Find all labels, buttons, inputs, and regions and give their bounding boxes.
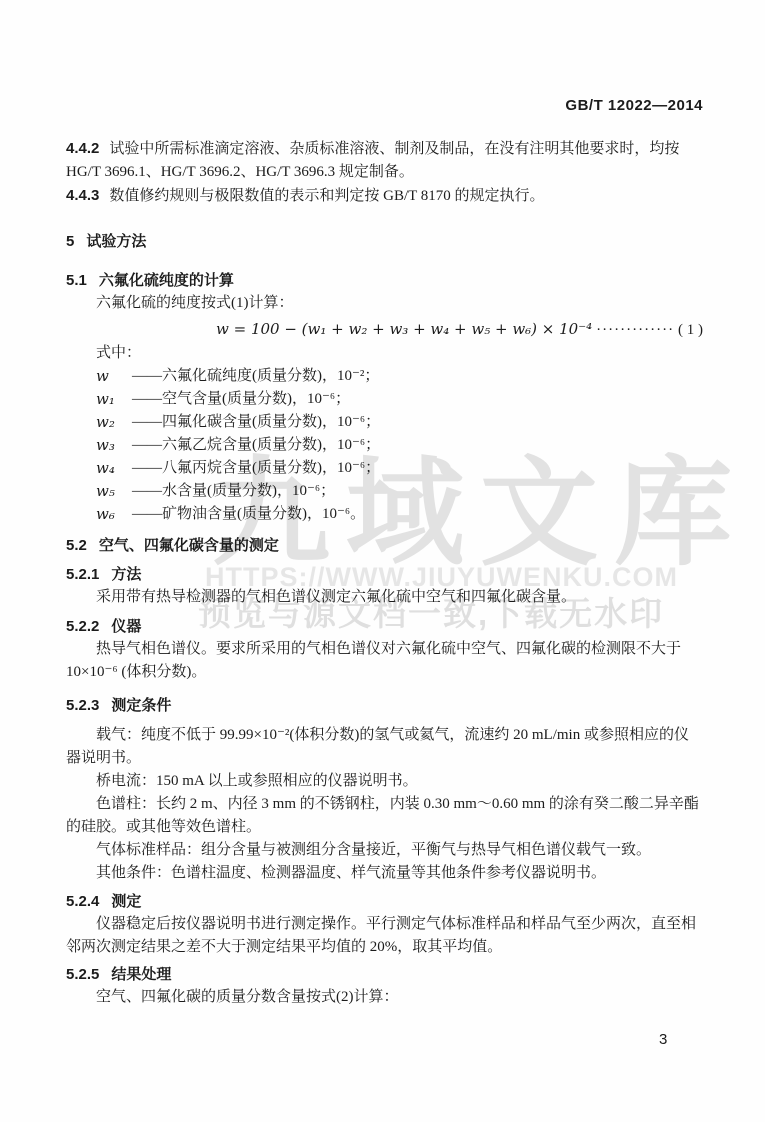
definition-item-w1: w₁——空气含量(质量分数)，10⁻⁶；	[96, 388, 703, 411]
clause-title: 测定	[111, 893, 141, 910]
symbol: w₃	[96, 434, 132, 457]
formula-dot-leader: ································	[596, 319, 674, 342]
condition-other: 其他条件：色谱柱温度、检测器温度、样气流量等其他条件参考仪器说明书。	[66, 862, 703, 885]
symbol-definition: ——水含量(质量分数)，10⁻⁶；	[132, 480, 703, 503]
symbol: w₆	[96, 503, 132, 526]
clause-text: 数值修约规则与极限数值的表示和判定按 GB/T 8170 的规定执行。	[109, 188, 544, 204]
symbol-definition: ——空气含量(质量分数)，10⁻⁶；	[132, 388, 703, 411]
clause-number: 5.2.3	[66, 697, 99, 714]
symbol-definition: ——六氟化硫纯度(质量分数)，10⁻²；	[132, 365, 703, 388]
formula-1: w = 100 − (w₁ + w₂ + w₃ + w₄ + w₅ + w₆) …	[216, 318, 703, 342]
condition-standard-gas: 气体标准样品：组分含量与被测组分含量接近，平衡气与热导气相色谱仪载气一致。	[66, 839, 703, 862]
clause-text: 试验中所需标准滴定溶液、杂质标准溶液、制剂及制品，在没有注明其他要求时，均按 H…	[66, 141, 679, 180]
clause-number: 5.2.2	[66, 618, 99, 635]
clause-number: 5.2.1	[66, 566, 99, 583]
symbol-definition: ——六氟乙烷含量(质量分数)，10⁻⁶；	[132, 434, 703, 457]
definition-item-w3: w₃——六氟乙烷含量(质量分数)，10⁻⁶；	[96, 434, 703, 457]
definition-item-w: w——六氟化硫纯度(质量分数)，10⁻²；	[96, 365, 703, 388]
heading-5-2-5: 5.2.5结果处理	[66, 963, 703, 986]
clause-number: 5.1	[66, 272, 87, 289]
clause-title: 仪器	[111, 618, 141, 635]
clause-4-4-3: 4.4.3数值修约规则与极限数值的表示和判定按 GB/T 8170 的规定执行。	[66, 184, 703, 208]
symbol-definition: ——四氟化碳含量(质量分数)，10⁻⁶；	[132, 411, 703, 434]
clause-title: 试验方法	[86, 233, 146, 250]
definition-item-w4: w₄——八氟丙烷含量(质量分数)，10⁻⁶；	[96, 457, 703, 480]
heading-5: 5试验方法	[66, 230, 703, 253]
heading-5-2-4: 5.2.4测定	[66, 890, 703, 913]
clause-number: 5.2	[66, 537, 87, 554]
condition-bridge-current: 桥电流：150 mA 以上或参照相应的仪器说明书。	[66, 770, 703, 793]
page-content: GB/T 12022—2014 4.4.2试验中所需标准滴定溶液、杂质标准溶液、…	[0, 0, 765, 1009]
heading-5-2-3: 5.2.3测定条件	[66, 694, 703, 717]
symbol: w₂	[96, 411, 132, 434]
definition-item-w6: w₆——矿物油含量(质量分数)，10⁻⁶。	[96, 503, 703, 526]
heading-5-2: 5.2空气、四氟化碳含量的测定	[66, 534, 703, 557]
symbol-definition: ——八氟丙烷含量(质量分数)，10⁻⁶；	[132, 457, 703, 480]
page-number: 3	[659, 1028, 667, 1051]
paragraph-5-1-intro: 六氟化硫的纯度按式(1)计算：	[66, 292, 703, 315]
paragraph-5-2-5: 空气、四氟化碳的质量分数含量按式(2)计算：	[66, 986, 703, 1009]
symbol: w	[96, 365, 132, 388]
symbol: w₅	[96, 480, 132, 503]
formula-number: ( 1 )	[678, 319, 703, 342]
clause-title: 空气、四氟化碳含量的测定	[99, 537, 279, 554]
symbol: w₁	[96, 388, 132, 411]
symbol-definition: ——矿物油含量(质量分数)，10⁻⁶。	[132, 503, 703, 526]
clause-number: 4.4.3	[66, 187, 99, 204]
document-number-header: GB/T 12022—2014	[66, 0, 703, 117]
clause-number: 5.2.5	[66, 966, 99, 983]
definition-item-w2: w₂——四氟化碳含量(质量分数)，10⁻⁶；	[96, 411, 703, 434]
heading-5-2-2: 5.2.2仪器	[66, 615, 703, 638]
paragraph-5-2-4: 仪器稳定后按仪器说明书进行测定操作。平行测定气体标准样品和样品气至少两次，直至相…	[66, 913, 703, 959]
where-label: 式中：	[66, 342, 703, 365]
document-page: 九域文库 HTTPS://WWW.JIUYUWENKU.COM 预览与源文档一致…	[0, 0, 765, 1122]
paragraph-5-2-1: 采用带有热导检测器的气相色谱仪测定六氟化硫中空气和四氟化碳含量。	[66, 586, 703, 609]
heading-5-1: 5.1六氟化硫纯度的计算	[66, 269, 703, 292]
clause-4-4-2: 4.4.2试验中所需标准滴定溶液、杂质标准溶液、制剂及制品，在没有注明其他要求时…	[66, 137, 703, 184]
definition-item-w5: w₅——水含量(质量分数)，10⁻⁶；	[96, 480, 703, 503]
symbol: w₄	[96, 457, 132, 480]
clause-title: 六氟化硫纯度的计算	[99, 272, 234, 289]
conditions-list: 载气：纯度不低于 99.99×10⁻²(体积分数)的氢气或氦气，流速约 20 m…	[66, 724, 703, 885]
paragraph-5-2-2: 热导气相色谱仪。要求所采用的气相色谱仪对六氟化硫中空气、四氟化碳的检测限不大于 …	[66, 638, 703, 684]
clause-title: 测定条件	[111, 697, 171, 714]
clause-number: 4.4.2	[66, 140, 99, 157]
condition-carrier-gas: 载气：纯度不低于 99.99×10⁻²(体积分数)的氢气或氦气，流速约 20 m…	[66, 724, 703, 770]
clause-number: 5.2.4	[66, 893, 99, 910]
formula-expression: w = 100 − (w₁ + w₂ + w₃ + w₄ + w₅ + w₆) …	[216, 318, 592, 341]
condition-column: 色谱柱：长约 2 m、内径 3 mm 的不锈钢柱，内装 0.30 mm～0.60…	[66, 793, 703, 839]
heading-5-2-1: 5.2.1方法	[66, 563, 703, 586]
symbol-definition-list: w——六氟化硫纯度(质量分数)，10⁻²； w₁——空气含量(质量分数)，10⁻…	[96, 365, 703, 526]
clause-title: 方法	[111, 566, 141, 583]
clause-title: 结果处理	[111, 966, 171, 983]
clause-number: 5	[66, 233, 74, 250]
